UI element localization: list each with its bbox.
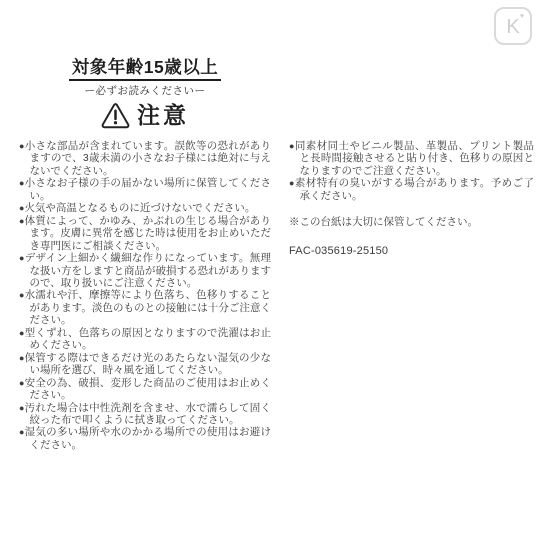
- content-columns: 対象年齢15歳以上 ー必ずお読みくださいー 注意 ●小さな部品が含まれています。…: [0, 0, 540, 451]
- warning-text: 水濡れや汗、摩擦等により色落ち、色移りすることがあります。淡色のものとの接触には…: [25, 289, 271, 326]
- warning-triangle-icon: [101, 102, 130, 129]
- age-restriction-title: 対象年齢15歳以上: [69, 57, 221, 81]
- warning-list-right: ●同素材同士やビニル製品、革製品、プリント製品と長時間接触させると貼り付き、色移…: [289, 140, 534, 202]
- warning-text: 湿気の多い場所や水のかかる場所での使用はお避けください。: [25, 426, 271, 450]
- caution-label: 注意: [137, 104, 189, 127]
- product-code: FAC-035619-25150: [289, 245, 534, 257]
- warning-list-item: ●湿気の多い場所や水のかかる場所での使用はお避けください。: [19, 426, 271, 451]
- warning-list-item: ●同素材同士やビニル製品、革製品、プリント製品と長時間接触させると貼り付き、色移…: [289, 140, 534, 177]
- warning-text: 汚れた場合は中性洗剤を含ませ、水で濡らして固く絞った布で叩くように拭き取ってくだ…: [25, 402, 271, 426]
- warning-list-item: ●水濡れや汗、摩擦等により色落ち、色移りすることがあります。淡色のものとの接触に…: [19, 289, 271, 326]
- right-column: ●同素材同士やビニル製品、革製品、プリント製品と長時間接触させると貼り付き、色移…: [289, 0, 534, 451]
- warning-list-left: ●小さな部品が含まれています。誤飲等の恐れがありますので、3歳未満の小さなお子様…: [19, 140, 271, 451]
- left-column: 対象年齢15歳以上 ー必ずお読みくださいー 注意 ●小さな部品が含まれています。…: [19, 0, 271, 451]
- warning-text: 同素材同士やビニル製品、革製品、プリント製品と長時間接触させると貼り付き、色移り…: [295, 140, 534, 177]
- warning-list-item: ●汚れた場合は中性洗剤を含ませ、水で濡らして固く絞った布で叩くように拭き取ってく…: [19, 402, 271, 427]
- warning-list-item: ●小さな部品が含まれています。誤飲等の恐れがありますので、3歳未満の小さなお子様…: [19, 140, 271, 177]
- warning-card-page: K ♥ 対象年齢15歳以上 ー必ずお読みくださいー 注意: [0, 0, 540, 540]
- warning-text: 小さなお子様の手の届かない場所に保管してください。: [25, 177, 271, 201]
- warning-list-item: ●デザイン上細かく繊細な作りになっています。無理な扱い方をしますと商品が破損する…: [19, 252, 271, 289]
- warning-list-item: ●小さなお子様の手の届かない場所に保管してください。: [19, 177, 271, 202]
- warning-text: 素材特有の臭いがする場合があります。予めご了承ください。: [295, 177, 534, 201]
- keep-card-note: ※この台紙は大切に保管してください。: [289, 214, 534, 229]
- warning-text: 保管する際はできるだけ光のあたらない湿気の少ない場所を選び、時々風を通してくださ…: [25, 352, 271, 376]
- warning-text: 火気や高温となるものに近づけないでください。: [24, 202, 255, 214]
- warning-text: 体質によって、かゆみ、かぶれの生じる場合があります。皮膚に異常を感じた時は使用を…: [25, 215, 271, 252]
- caution-heading: 注意: [19, 102, 271, 129]
- header-block: 対象年齢15歳以上 ー必ずお読みくださいー 注意: [19, 0, 271, 140]
- warning-text: 小さな部品が含まれています。誤飲等の恐れがありますので、3歳未満の小さなお子様に…: [25, 140, 271, 177]
- read-instruction-note: ー必ずお読みくださいー: [19, 83, 271, 98]
- warning-list-item: ●火気や高温となるものに近づけないでください。: [19, 202, 271, 214]
- warning-list-item: ●型くずれ、色落ちの原因となりますので洗濯はお止めください。: [19, 327, 271, 352]
- warning-text: 型くずれ、色落ちの原因となりますので洗濯はお止めください。: [25, 327, 271, 351]
- warning-text: デザイン上細かく繊細な作りになっています。無理な扱い方をしますと商品が破損する恐…: [25, 252, 271, 289]
- warning-list-item: ●素材特有の臭いがする場合があります。予めご了承ください。: [289, 177, 534, 202]
- warning-list-item: ●保管する際はできるだけ光のあたらない湿気の少ない場所を選び、時々風を通してくだ…: [19, 352, 271, 377]
- warning-list-item: ●体質によって、かゆみ、かぶれの生じる場合があります。皮膚に異常を感じた時は使用…: [19, 215, 271, 252]
- warning-list-item: ●安全の為、破損、変形した商品のご使用はお止めください。: [19, 377, 271, 402]
- warning-text: 安全の為、破損、変形した商品のご使用はお止めください。: [25, 377, 271, 401]
